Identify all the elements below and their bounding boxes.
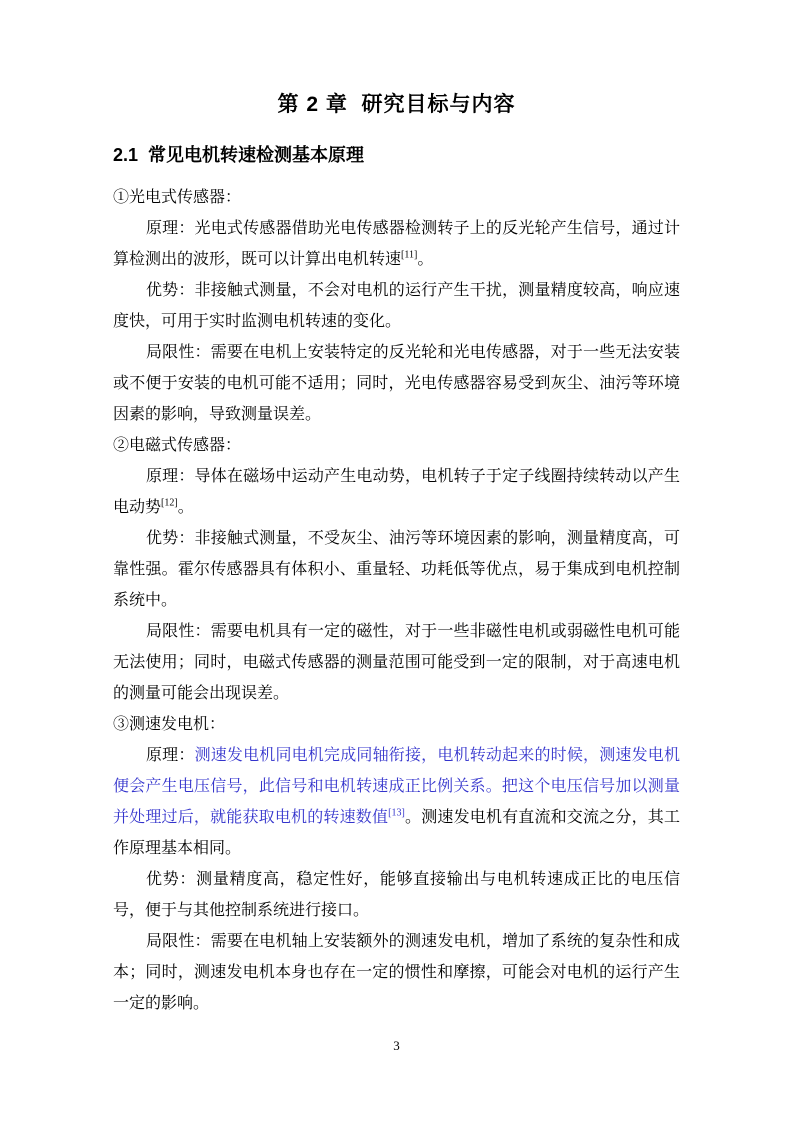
text-run: 优势：非接触式测量，不受灰尘、油污等环境因素的影响，测量精度高，可靠性强。霍尔传… — [113, 530, 680, 609]
text-run: ②电磁式传感器： — [113, 437, 241, 454]
text-run: 局限性：需要在电机上安装特定的反光轮和光电传感器，对于一些无法安装或不便于安装的… — [113, 344, 680, 423]
paragraph: ③测速发电机： — [113, 709, 680, 740]
text-run: 原理：光电式传感器借助光电传感器检测转子上的反光轮产生信号，通过计算检测出的波形… — [113, 220, 680, 268]
text-run: 原理：导体在磁场中运动产生电动势，电机转子于定子线圈持续转动以产生电动势 — [113, 468, 680, 516]
text-run: 原理： — [146, 747, 195, 764]
document-body: ①光电式传感器：原理：光电式传感器借助光电传感器检测转子上的反光轮产生信号，通过… — [113, 182, 680, 1019]
text-run: 局限性：需要在电机轴上安装额外的测速发电机，增加了系统的复杂性和成本；同时，测速… — [113, 933, 680, 1012]
text-run: 局限性：需要电机具有一定的磁性，对于一些非磁性电机或弱磁性电机可能无法使用；同时… — [113, 623, 680, 702]
text-run: 。 — [178, 499, 194, 516]
paragraph: 优势：测量精度高，稳定性好，能够直接输出与电机转速成正比的电压信号，便于与其他控… — [113, 864, 680, 926]
paragraph: 原理：导体在磁场中运动产生电动势，电机转子于定子线圈持续转动以产生电动势[12]… — [113, 461, 680, 523]
text-run: 。 — [417, 251, 433, 268]
paragraph: 原理：光电式传感器借助光电传感器检测转子上的反光轮产生信号，通过计算检测出的波形… — [113, 213, 680, 275]
paragraph: 局限性：需要在电机上安装特定的反光轮和光电传感器，对于一些无法安装或不便于安装的… — [113, 337, 680, 430]
section-heading: 2.1 常见电机转速检测基本原理 — [113, 140, 680, 170]
text-run: 优势：非接触式测量，不会对电机的运行产生干扰，测量精度较高，响应速度快，可用于实… — [113, 282, 680, 330]
paragraph: ②电磁式传感器： — [113, 430, 680, 461]
page-content: 第 2 章 研究目标与内容 2.1 常见电机转速检测基本原理 ①光电式传感器：原… — [113, 88, 680, 1019]
paragraph: 原理：测速发电机同电机完成同轴衔接，电机转动起来的时候，测速发电机便会产生电压信… — [113, 740, 680, 864]
paragraph: ①光电式传感器： — [113, 182, 680, 213]
paragraph: 局限性：需要电机具有一定的磁性，对于一些非磁性电机或弱磁性电机可能无法使用；同时… — [113, 616, 680, 709]
text-run: 优势：测量精度高，稳定性好，能够直接输出与电机转速成正比的电压信号，便于与其他控… — [113, 871, 680, 919]
text-run: ③测速发电机： — [113, 716, 225, 733]
page-number: 3 — [0, 1038, 793, 1054]
document-page: 第 2 章 研究目标与内容 2.1 常见电机转速检测基本原理 ①光电式传感器：原… — [0, 0, 793, 1122]
citation-superscript: [11] — [401, 250, 417, 261]
citation-superscript: [13] — [388, 808, 405, 819]
text-run: ①光电式传感器： — [113, 189, 241, 206]
paragraph: 优势：非接触式测量，不会对电机的运行产生干扰，测量精度较高，响应速度快，可用于实… — [113, 275, 680, 337]
paragraph: 优势：非接触式测量，不受灰尘、油污等环境因素的影响，测量精度高，可靠性强。霍尔传… — [113, 523, 680, 616]
chapter-title: 第 2 章 研究目标与内容 — [113, 88, 680, 122]
paragraph: 局限性：需要在电机轴上安装额外的测速发电机，增加了系统的复杂性和成本；同时，测速… — [113, 926, 680, 1019]
citation-superscript: [12] — [161, 498, 178, 509]
